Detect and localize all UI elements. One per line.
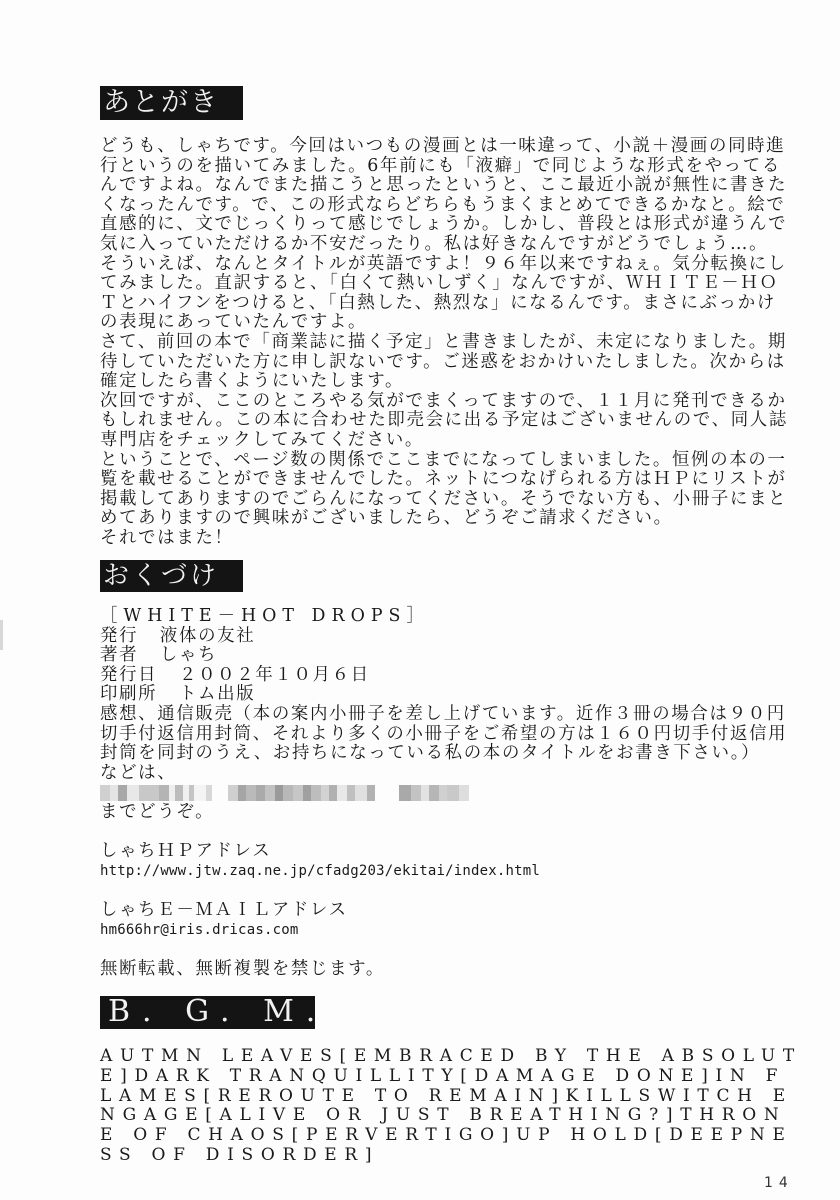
afterword-line: てみました。直訳すると、「白くて熱いしずく」なんですが、ＷＨＩＴＥ－ＨＯ <box>100 274 760 294</box>
blur-block <box>228 785 375 801</box>
page-number: 14 <box>764 1175 794 1191</box>
homepage-label: しゃちＨＰアドレス <box>100 842 760 862</box>
book-title: ［WHITE－HOT DROPS］ <box>100 607 760 627</box>
afterword-heading: あとがき <box>100 86 243 120</box>
afterword-line: めてありますので興味がございましたら、どうぞご請求ください。 <box>100 509 760 529</box>
afterword-line: もしれません。この本に合わせた即売会に出る予定はございませんので、同人誌 <box>100 411 760 431</box>
colophon-heading: おくづけ <box>100 560 243 592</box>
scan-artifact <box>0 620 3 650</box>
afterword-line: 待していただいた方に申し訳ないです。ご迷惑をおかけいたしました。次からは <box>100 353 760 373</box>
author-label: 著者 <box>100 645 138 665</box>
mail-order-line: 感想、通信販売（本の案内小冊子を差し上げています。近作３冊の場合は９０円 <box>100 705 760 725</box>
afterword-line: どうも、しゃちです。今回はいつもの漫画とは一味違って、小説＋漫画の同時進 <box>100 137 760 157</box>
publisher-label: 発行 <box>100 626 138 646</box>
afterword-line: くなったんです。で、この形式ならどちらもうまくまとめてできるかなと。絵で <box>100 196 760 216</box>
bgm-line: E]DARK TRANQUILLITY[DAMAGE DONE]IN F <box>100 1067 790 1087</box>
bgm-heading: B. G. M. <box>100 996 315 1029</box>
publisher-value: 液体の友社 <box>160 626 255 646</box>
blur-block <box>399 785 469 801</box>
date-row: 発行日 ２００２年１０月６日 <box>100 666 760 686</box>
bgm-line: E OF CHAOS[PERVERTIGO]UP HOLD[DEEPNE <box>100 1126 790 1146</box>
afterword-line: 次回ですが、ここのところやる気がでまくってますので、１１月に発刊できるか <box>100 392 760 412</box>
publisher-row: 発行 液体の友社 <box>100 627 760 647</box>
afterword-line: 直感的に、文でじっくりって感じでしょうか。しかし、普段とは形式が違うんで <box>100 215 760 235</box>
date-label: 発行日 <box>100 665 157 685</box>
afterword-line: さて、前回の本で「商業誌に描く予定」と書きましたが、未定になりました。期 <box>100 333 760 353</box>
redacted-address <box>100 783 760 803</box>
afterword-body: どうも、しゃちです。今回はいつもの漫画とは一味違って、小説＋漫画の同時進 行とい… <box>100 137 760 548</box>
bgm-line: LAMES[REROUTE TO REMAIN]KILLSWITCH E <box>100 1087 790 1107</box>
email-address: hm666hr@iris.dricas.com <box>100 921 760 941</box>
mail-order-line: などは、 <box>100 764 760 784</box>
afterword-line: 覧を載せることができませんでした。ネットにつなげられる方はＨＰにリストが <box>100 470 760 490</box>
printer-row: 印刷所 トム出版 <box>100 685 760 705</box>
author-row: 著者 しゃち <box>100 646 760 666</box>
afterword-line: んですよね。なんでまた描こうと思ったというと、ここ最近小説が無性に書きた <box>100 176 760 196</box>
afterword-line: の表現にあっていたんですよ。 <box>100 313 760 333</box>
afterword-line: Ｔとハイフンをつけると、「白熱した、熱烈な」になるんです。まさにぶっかけ <box>100 294 760 314</box>
homepage-url: http://www.jtw.zaq.ne.jp/cfadg203/ekitai… <box>100 862 760 882</box>
copyright-notice: 無断転載、無断複製を禁じます。 <box>100 960 760 980</box>
manga-afterword-page: あとがき どうも、しゃちです。今回はいつもの漫画とは一味違って、小説＋漫画の同時… <box>0 0 840 1200</box>
mail-order-line: 切手付返信用封筒、それより多くの小冊子をご希望の方は１６０円切手付返信用 <box>100 725 760 745</box>
afterword-line: 行というのを描いてみました。6年前にも「液癖」で同じような形式をやってる <box>100 157 760 177</box>
bgm-line: SS OF DISORDER] <box>100 1146 790 1166</box>
printer-value: トム出版 <box>179 684 255 704</box>
afterword-line: それではまた！ <box>100 529 760 549</box>
date-value: ２００２年１０月６日 <box>179 665 370 685</box>
afterword-line: 確定したら書くようにいたします。 <box>100 372 760 392</box>
colophon-body: ［WHITE－HOT DROPS］ 発行 液体の友社 著者 しゃち 発行日 ２０… <box>100 607 760 979</box>
closing-text: までどうぞ。 <box>100 803 760 823</box>
email-label: しゃちＥ－ＭＡＩＬアドレス <box>100 901 760 921</box>
afterword-line: そういえば、なんとタイトルが英語ですよ！９６年以来ですねぇ。気分転換にし <box>100 255 760 275</box>
bgm-line: NGAGE[ALIVE OR JUST BREATHING?]THRON <box>100 1106 790 1126</box>
bgm-list: AUTMN LEAVES[EMBRACED BY THE ABSOLUT E]D… <box>100 1047 790 1166</box>
afterword-line: 気に入っていただけるか不安だったり。私は好きなんですがどうでしょう…。 <box>100 235 760 255</box>
afterword-line: 掲載してありますのでごらんになってください。そうでない方も、小冊子にまと <box>100 490 760 510</box>
bgm-line: AUTMN LEAVES[EMBRACED BY THE ABSOLUT <box>100 1047 790 1067</box>
author-value: しゃち <box>160 645 217 665</box>
afterword-line: 専門店をチェックしてみてください。 <box>100 431 760 451</box>
blur-block <box>100 785 212 801</box>
afterword-line: ということで、ページ数の関係でここまでになってしまいました。恒例の本の一 <box>100 451 760 471</box>
printer-label: 印刷所 <box>100 684 157 704</box>
mail-order-line: 封筒を同封のうえ、お持ちになっている私の本のタイトルをお書き下さい。） <box>100 744 760 764</box>
